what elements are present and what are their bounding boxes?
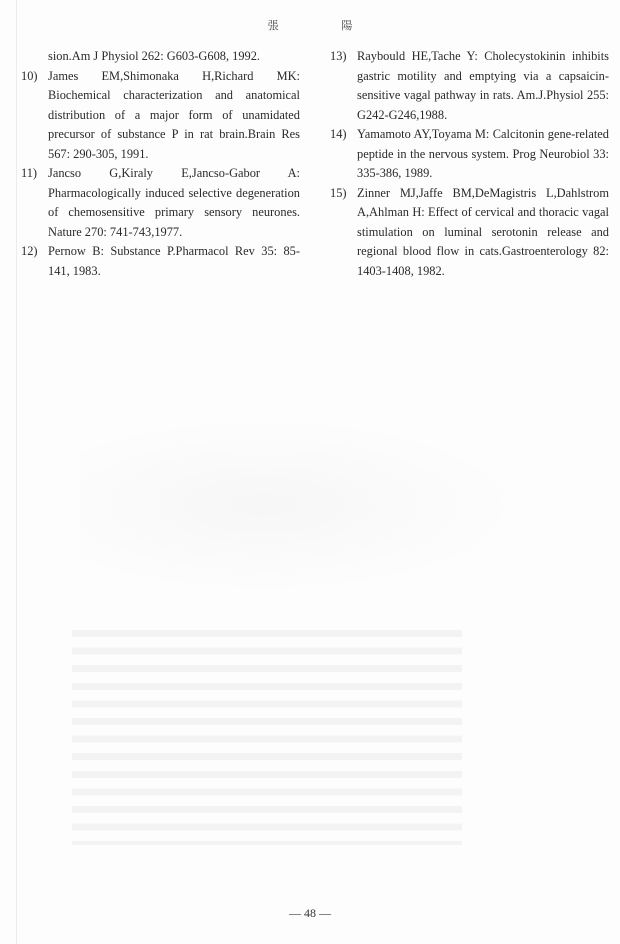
reference-number: 11): [21, 164, 37, 184]
continued-reference: sion.Am J Physiol 262: G603-G608, 1992.: [48, 47, 300, 67]
reference-item: 12) Pernow B: Substance P.Pharmacol Rev …: [48, 242, 300, 281]
show-through-figure: [80, 410, 540, 600]
reference-text: Raybould HE,Tache Y: Cholecystokinin inh…: [357, 49, 609, 122]
show-through-text: [72, 630, 462, 845]
reference-number: 13): [330, 47, 347, 67]
reference-item: 14) Yamamoto AY,Toyama M: Calcitonin gen…: [357, 125, 609, 184]
right-column: 13) Raybould HE,Tache Y: Cholecystokinin…: [357, 47, 609, 281]
running-head-char-1: 張: [268, 17, 279, 33]
reference-item: 15) Zinner MJ,Jaffe BM,DeMagistris L,Dah…: [357, 184, 609, 282]
reference-text: Pernow B: Substance P.Pharmacol Rev 35: …: [48, 244, 300, 278]
reference-item: 11) Jancso G,Kiraly E,Jancso-Gabor A: Ph…: [48, 164, 300, 242]
running-head-char-2: 陽: [341, 17, 352, 33]
left-column: sion.Am J Physiol 262: G603-G608, 1992. …: [48, 47, 300, 281]
reference-text: James EM,Shimonaka H,Richard MK: Biochem…: [48, 69, 300, 161]
reference-item: 10) James EM,Shimonaka H,Richard MK: Bio…: [48, 67, 300, 165]
reference-number: 14): [330, 125, 347, 145]
reference-number: 15): [330, 184, 347, 204]
reference-number: 12): [21, 242, 38, 262]
running-head: 張 陽: [0, 17, 620, 33]
reference-text: Jancso G,Kiraly E,Jancso-Gabor A: Pharma…: [48, 166, 300, 239]
reference-text: Yamamoto AY,Toyama M: Calcitonin gene-re…: [357, 127, 609, 180]
reference-number: 10): [21, 67, 38, 87]
page-edge-line: [16, 0, 17, 944]
reference-text: Zinner MJ,Jaffe BM,DeMagistris L,Dahlstr…: [357, 186, 609, 278]
page-number: — 48 —: [0, 906, 620, 921]
document-page: 張 陽 sion.Am J Physiol 262: G603-G608, 19…: [0, 0, 620, 944]
reference-item: 13) Raybould HE,Tache Y: Cholecystokinin…: [357, 47, 609, 125]
